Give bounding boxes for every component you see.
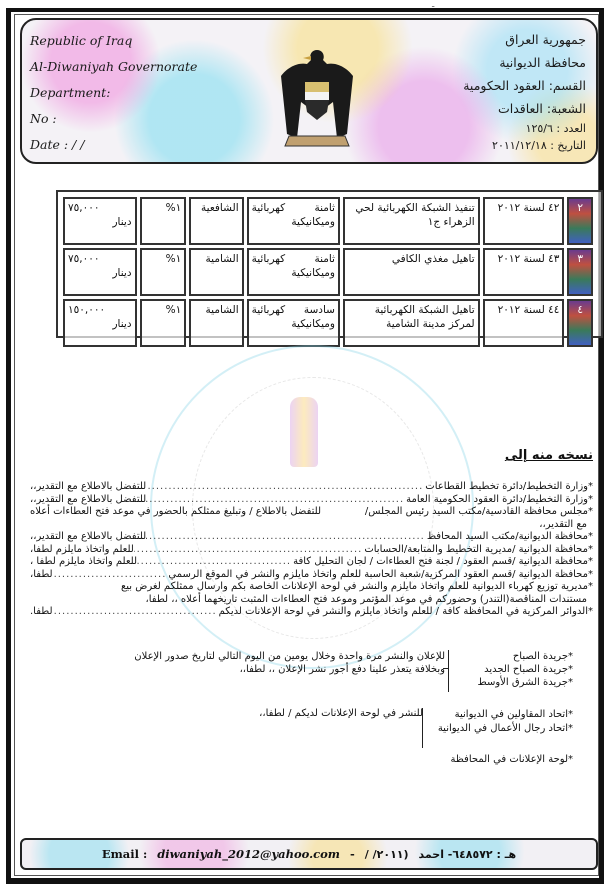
recipient: *وزارة التخطيط/دائرة تخطيط القطاعات bbox=[425, 481, 593, 494]
letterhead-arabic: جمهورية العراق محافظة الديوانية القسم: ا… bbox=[463, 28, 586, 154]
table-row: ٣ ٤٣ لسنة ٢٠١٢ تاهيل مغذي الكافي ثامنةكه… bbox=[63, 248, 593, 296]
contractor-category: سادسةكهربائية وميكانيكية bbox=[247, 299, 340, 347]
brace-icon bbox=[422, 708, 433, 748]
document-price: ١٥٠,٠٠٠ دينار bbox=[63, 299, 137, 347]
distribution-line: *الدوائر المركزية في المحافظة كافة / للع… bbox=[30, 606, 593, 619]
location: الشامية bbox=[189, 248, 243, 296]
tender-ref: ٤٤ لسنة ٢٠١٢ bbox=[483, 299, 565, 347]
recipient: *مجلس محافظة القادسية/مكتب السيد رئيس ال… bbox=[365, 506, 593, 519]
country-ar: جمهورية العراق bbox=[463, 28, 586, 51]
action: للعلم واتخاذ مايلزم لطفا ، bbox=[30, 556, 137, 569]
letterhead-english: Republic of Iraq Al-Diwaniyah Governorat… bbox=[30, 28, 197, 158]
row-index: ٢ bbox=[567, 197, 593, 245]
copies-section: نسخه منه إلى *وزارة التخطيط/دائرة تخطيط … bbox=[30, 448, 593, 619]
union-item: *اتحاد المقاولين في الديوانية bbox=[438, 708, 573, 722]
percent: ١% bbox=[140, 299, 187, 347]
iraq-eagle-emblem-icon bbox=[267, 42, 367, 152]
contractor-category: ثامنةكهربائية وميكانيكية bbox=[247, 197, 340, 245]
project-name: تاهيل الشبكة الكهربائية لمركز مدينة الشا… bbox=[343, 299, 480, 347]
distribution-line: *وزارة التخطيط/دائرة تخطيط القطاعات ....… bbox=[30, 481, 593, 494]
email-label: Email : bbox=[102, 847, 147, 861]
contracts-table-grid: ٢ ٤٢ لسنة ٢٠١٢ تنفيذ الشبكة الكهربائية ل… bbox=[60, 194, 596, 350]
price-currency: دينار bbox=[112, 216, 131, 228]
governorate-en: Al-Diwaniyah Governorate bbox=[30, 54, 197, 80]
union-item: *اتحاد رجال الأعمال في الديوانية bbox=[438, 722, 573, 736]
category-grade: ثامنة bbox=[314, 201, 335, 215]
price-amount: ١٥٠,٠٠٠ bbox=[68, 303, 132, 317]
distribution-line: *محافظة الديوانية /مديرية التخطيط والمتا… bbox=[30, 544, 593, 557]
tender-ref: ٤٢ لسنة ٢٠١٢ bbox=[483, 197, 565, 245]
action: للعلم واتخاذ مايلزم لطفا، bbox=[30, 544, 134, 557]
recipient: *محافظة الديوانية /مديرية التخطيط والمتا… bbox=[364, 544, 593, 557]
date-ar: التاريخ : ٢٠١١/١٢/١٨ bbox=[463, 137, 586, 154]
distribution-line: *محافظة الديوانية /قسم العقود / لجنة فتح… bbox=[30, 556, 593, 569]
newspaper-item: *جريدة الشرق الأوسط bbox=[477, 676, 573, 689]
category-grade: ثامنة bbox=[314, 252, 335, 266]
action: لطفا. bbox=[30, 606, 53, 619]
newspaper-item: *جريدة الصباح bbox=[477, 650, 573, 663]
category-extra: وميكانيكية bbox=[252, 215, 335, 229]
brace-icon bbox=[448, 650, 459, 692]
distribution-line: *مجلس محافظة القادسية/مكتب السيد رئيس ال… bbox=[30, 506, 593, 519]
distribution-continuation: مع التقدير،، bbox=[30, 519, 593, 532]
distribution-continuation: مستندات المناقصة(التندر) وحضوركم في موعد… bbox=[30, 594, 593, 607]
newspapers-note: للإعلان والنشر مرة واحدة وخلال يومين من … bbox=[115, 650, 445, 676]
action: للتفضل بالاطلاع / وتبليغ ممثلكم بالحضور … bbox=[30, 506, 321, 519]
newspaper-item: *جريدة الصباح الجديد bbox=[477, 663, 573, 676]
document-price: ٧٥,٠٠٠ دينار bbox=[63, 248, 137, 296]
project-name: تاهيل مغذي الكافي bbox=[343, 248, 480, 296]
date-label: Date : / / bbox=[30, 132, 197, 158]
location: الشامية bbox=[189, 299, 243, 347]
contracts-table: ٢ ٤٢ لسنة ٢٠١٢ تنفيذ الشبكة الكهربائية ل… bbox=[56, 190, 603, 338]
contractor-category: ثامنةكهربائية وميكانيكية bbox=[247, 248, 340, 296]
distribution-line: *محافظة الديوانية/مكتب السيد المحافظ ...… bbox=[30, 531, 593, 544]
location: الشافعية bbox=[189, 197, 243, 245]
recipient: *محافظة الديوانية /قسم العقود / لجنة فتح… bbox=[293, 556, 593, 569]
newspapers-list: *جريدة الصباح *جريدة الصباح الجديد *جريد… bbox=[477, 650, 573, 689]
recipient: *وزارة التخطيط/دائرة العقود الحكومية الع… bbox=[406, 494, 593, 507]
section-ar: الشعبة: العاقدات bbox=[463, 97, 586, 120]
category-extra: وميكانيكية bbox=[252, 317, 335, 331]
footer-separator: - bbox=[350, 847, 355, 861]
table-row: ٤ ٤٤ لسنة ٢٠١٢ تاهيل الشبكة الكهربائية ل… bbox=[63, 299, 593, 347]
percent: ١% bbox=[140, 248, 187, 296]
unions-list: *اتحاد المقاولين في الديوانية *اتحاد رجا… bbox=[438, 708, 573, 736]
number-ar: العدد : ١٢٥/٦ bbox=[463, 120, 586, 137]
price-amount: ٧٥,٠٠٠ bbox=[68, 252, 132, 266]
action: لطفا، bbox=[30, 569, 53, 582]
distribution-line: *وزارة التخطيط/دائرة العقود الحكومية الع… bbox=[30, 494, 593, 507]
price-amount: ٧٥,٠٠٠ bbox=[68, 201, 132, 215]
price-currency: دينار bbox=[112, 267, 131, 279]
number-label: No : bbox=[30, 106, 197, 132]
row-index: ٣ bbox=[567, 248, 593, 296]
action: للتفضل بالاطلاع مع التقدير،، bbox=[30, 531, 146, 544]
recipient: *مديرية توزيع كهرباء الديوانية للعلم وات… bbox=[121, 581, 593, 594]
price-currency: دينار bbox=[112, 318, 131, 330]
department-ar: القسم: العقود الحكومية bbox=[463, 74, 586, 97]
department-label: Department: bbox=[30, 80, 197, 106]
copies-title: نسخه منه إلى bbox=[30, 448, 593, 463]
action: للتفضل بالاطلاع مع التقدير،، bbox=[30, 494, 146, 507]
percent: ١% bbox=[140, 197, 187, 245]
newspapers-block: *جريدة الصباح *جريدة الصباح الجديد *جريد… bbox=[477, 650, 573, 689]
footer-phone: هـ : ٦٤٨٥٧٢- احمد bbox=[419, 848, 517, 861]
footer-date: (٢٠١١/ / bbox=[365, 848, 409, 861]
tender-ref: ٤٣ لسنة ٢٠١٢ bbox=[483, 248, 565, 296]
country-en: Republic of Iraq bbox=[30, 28, 197, 54]
recipient: *الدوائر المركزية في المحافظة كافة / للع… bbox=[219, 606, 593, 619]
category-extra: وميكانيكية bbox=[252, 266, 335, 280]
recipient: *محافظة الديوانية/مكتب السيد المحافظ bbox=[427, 531, 593, 544]
document-price: ٧٥,٠٠٠ دينار bbox=[63, 197, 137, 245]
category-grade: سادسة bbox=[304, 303, 335, 317]
notice-board-line: *لوحة الإعلانات في المحافظة bbox=[438, 754, 573, 765]
action: للتفضل بالاطلاع مع التقدير،، bbox=[30, 481, 146, 494]
row-index: ٤ bbox=[567, 299, 593, 347]
project-name: تنفيذ الشبكة الكهربائية لحي الزهراء ج١ bbox=[343, 197, 480, 245]
recipient: *محافظة الديوانية /قسم العقود المركزية/ش… bbox=[168, 569, 593, 582]
letterhead: Republic of Iraq Al-Diwaniyah Governorat… bbox=[20, 18, 598, 164]
table-row: ٢ ٤٢ لسنة ٢٠١٢ تنفيذ الشبكة الكهربائية ل… bbox=[63, 197, 593, 245]
email-address[interactable]: diwaniyah_2012@yahoo.com bbox=[157, 847, 340, 861]
category-type: كهربائية bbox=[252, 201, 285, 215]
category-type: كهربائية bbox=[252, 252, 285, 266]
governorate-ar: محافظة الديوانية bbox=[463, 51, 586, 74]
category-type: كهربائية bbox=[252, 303, 285, 317]
unions-note: للنشر في لوحة الإعلانات لديكم / لطفا،، bbox=[183, 708, 423, 719]
distribution-line: *مديرية توزيع كهرباء الديوانية للعلم وات… bbox=[30, 581, 593, 594]
footer: Email : diwaniyah_2012@yahoo.com - (٢٠١١… bbox=[20, 838, 598, 870]
distribution-line: *محافظة الديوانية /قسم العقود المركزية/ش… bbox=[30, 569, 593, 582]
unions-block: *اتحاد المقاولين في الديوانية *اتحاد رجا… bbox=[438, 708, 573, 765]
